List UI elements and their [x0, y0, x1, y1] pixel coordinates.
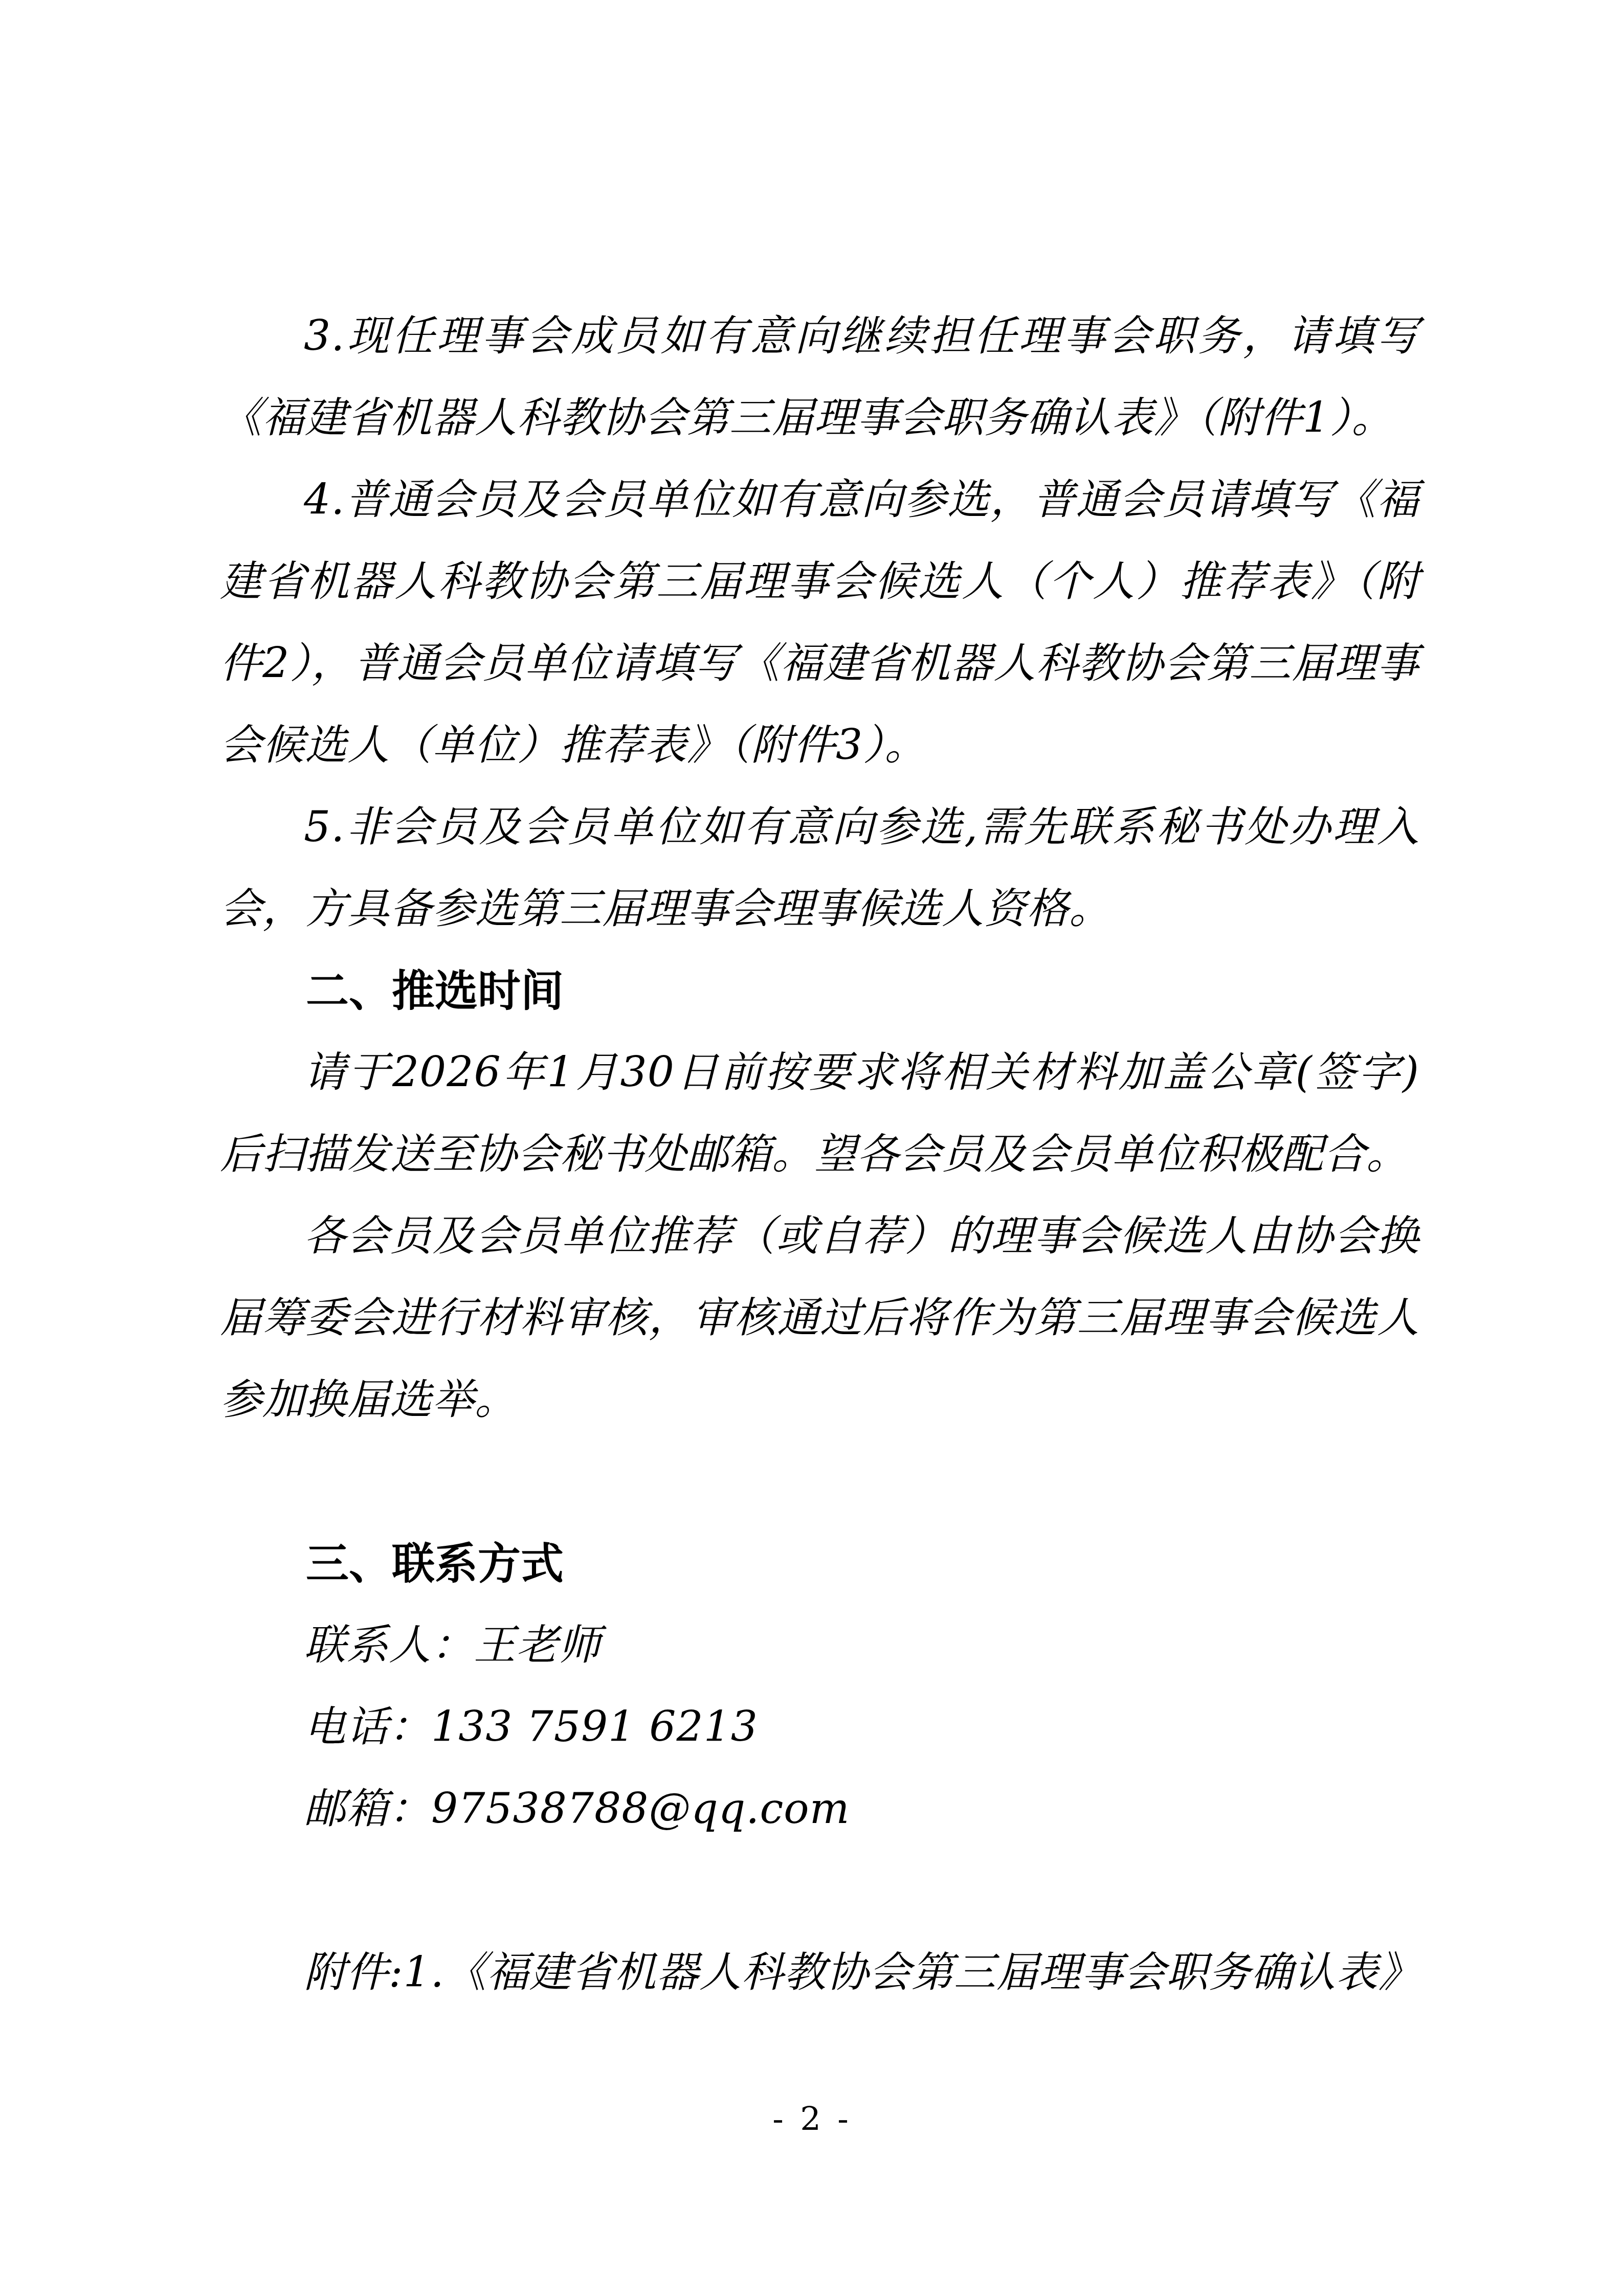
paragraph-item-4: 4.普通会员及会员单位如有意向参选，普通会员请填写《福建省机器人科教协会第三届理…	[220, 459, 1419, 786]
attachment-line: 附件:1.《福建省机器人科教协会第三届理事会职务确认表》	[220, 1932, 1419, 2014]
paragraph-item-5: 5.非会员及会员单位如有意向参选,需先联系秘书处办理入会，方具备参选第三届理事会…	[220, 786, 1419, 950]
blank-line-2	[220, 1850, 1419, 1932]
paragraph-item-3: 3.现任理事会成员如有意向继续担任理事会职务，请填写《福建省机器人科教协会第三届…	[220, 296, 1419, 459]
section-heading-promotion-time: 二、推选时间	[220, 950, 1419, 1032]
contact-phone-line: 电话：133 7591 6213	[220, 1686, 1419, 1768]
contact-email-line: 邮箱：97538788@qq.com	[220, 1768, 1419, 1850]
paragraph-schedule-1: 请于2026年1月30日前按要求将相关材料加盖公章(签字)后扫描发送至协会秘书处…	[220, 1032, 1419, 1196]
page-number: - 2 -	[772, 2101, 852, 2139]
page-footer: - 2 -	[0, 2086, 1624, 2153]
blank-line-1	[220, 1441, 1419, 1523]
document-page: 3.现任理事会成员如有意向继续担任理事会职务，请填写《福建省机器人科教协会第三届…	[0, 0, 1624, 2296]
paragraph-schedule-2: 各会员及会员单位推荐（或自荐）的理事会候选人由协会换届筹委会进行材料审核，审核通…	[220, 1196, 1419, 1441]
section-heading-contact-info: 三、联系方式	[220, 1523, 1419, 1605]
contact-person-line: 联系人：王老师	[220, 1605, 1419, 1686]
document-content: 3.现任理事会成员如有意向继续担任理事会职务，请填写《福建省机器人科教协会第三届…	[220, 296, 1419, 2014]
